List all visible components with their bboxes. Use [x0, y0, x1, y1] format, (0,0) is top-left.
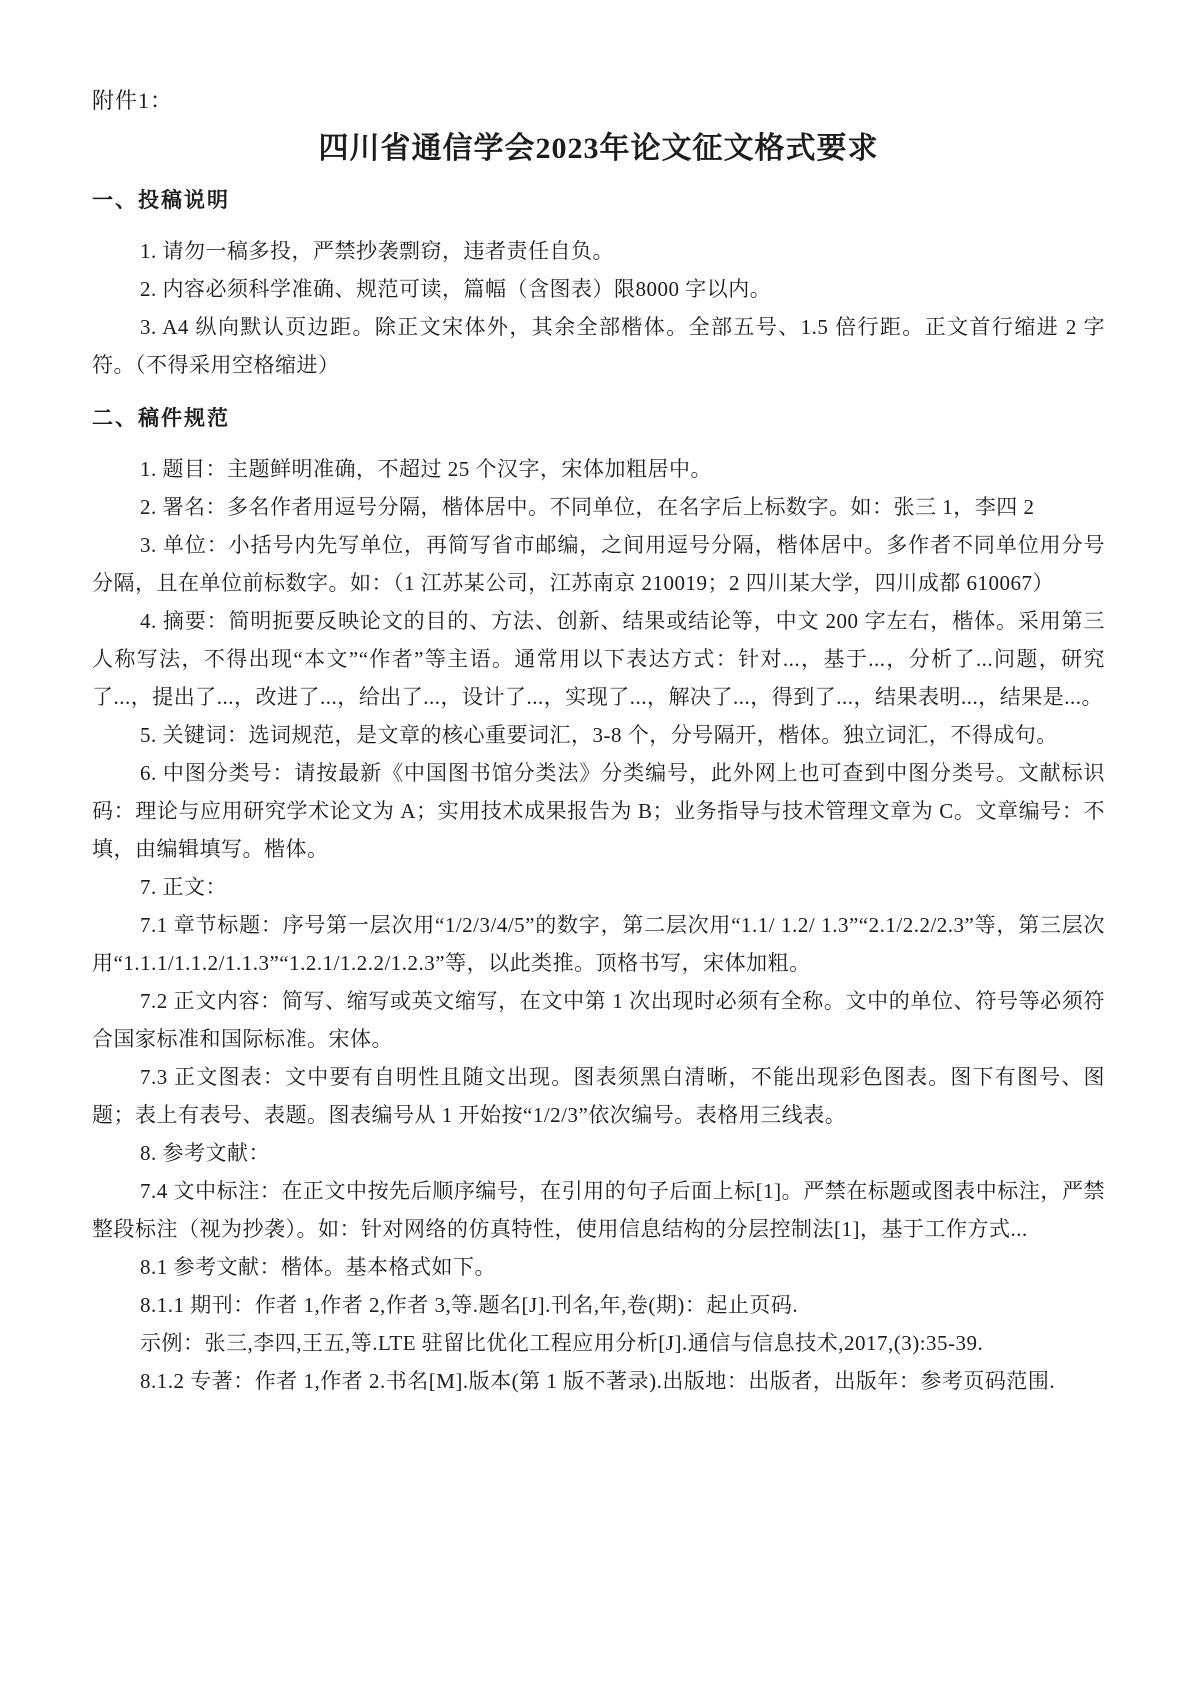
paragraph-title-rule: 1. 题目：主题鲜明准确，不超过 25 个汉字，宋体加粗居中。 [92, 450, 1105, 488]
paragraph-references-label: 8. 参考文献： [92, 1134, 1105, 1172]
paragraph-classification-number-rule: 6. 中图分类号：请按最新《中国图书馆分类法》分类编号，此外网上也可查到中图分类… [92, 754, 1105, 868]
paragraph-affiliation-rule: 3. 单位：小括号内先写单位，再简写省市邮编，之间用逗号分隔，楷体居中。多作者不… [92, 526, 1105, 602]
paragraph-journal-reference-format: 8.1.1 期刊：作者 1,作者 2,作者 3,等.题名[J].刊名,年,卷(期… [92, 1286, 1105, 1324]
paragraph-reference-format-intro: 8.1 参考文献：楷体。基本格式如下。 [92, 1248, 1105, 1286]
document-page: 附件1： 四川省通信学会2023年论文征文格式要求 一、投稿说明 1. 请勿一稿… [0, 0, 1191, 1684]
paragraph-keywords-rule: 5. 关键词：选词规范，是文章的核心重要词汇，3-8 个，分号隔开，楷体。独立词… [92, 716, 1105, 754]
paragraph-citation-rule: 7.4 文中标注：在正文中按先后顺序编号，在引用的句子后面上标[1]。严禁在标题… [92, 1172, 1105, 1248]
section-heading-submission-notes: 一、投稿说明 [92, 186, 1105, 216]
paragraph-page-format: 3. A4 纵向默认页边距。除正文宋体外，其余全部楷体。全部五号、1.5 倍行距… [92, 308, 1105, 384]
paragraph-journal-reference-example: 示例：张三,李四,王五,等.LTE 驻留比优化工程应用分析[J].通信与信息技术… [92, 1324, 1105, 1362]
section-heading-manuscript-standards: 二、稿件规范 [92, 404, 1105, 434]
paragraph-section-numbering-rule: 7.1 章节标题：序号第一层次用“1/2/3/4/5”的数字，第二层次用“1.1… [92, 906, 1105, 982]
paragraph-author-names-rule: 2. 署名：多名作者用逗号分隔，楷体居中。不同单位，在名字后上标数字。如：张三 … [92, 488, 1105, 526]
paragraph-content-length-limit: 2. 内容必须科学准确、规范可读，篇幅（含图表）限8000 字以内。 [92, 270, 1105, 308]
paragraph-abstract-rule: 4. 摘要：简明扼要反映论文的目的、方法、创新、结果或结论等，中文 200 字左… [92, 602, 1105, 716]
attachment-label: 附件1： [92, 86, 1105, 116]
document-title: 四川省通信学会2023年论文征文格式要求 [92, 128, 1105, 170]
paragraph-no-multiple-submission: 1. 请勿一稿多投，严禁抄袭剽窃，违者责任自负。 [92, 232, 1105, 270]
paragraph-body-text-label: 7. 正文： [92, 868, 1105, 906]
paragraph-monograph-reference-format: 8.1.2 专著：作者 1,作者 2.书名[M].版本(第 1 版不著录).出版… [92, 1362, 1105, 1400]
paragraph-body-content-rule: 7.2 正文内容：简写、缩写或英文缩写，在文中第 1 次出现时必须有全称。文中的… [92, 982, 1105, 1058]
paragraph-figures-tables-rule: 7.3 正文图表：文中要有自明性且随文出现。图表须黑白清晰，不能出现彩色图表。图… [92, 1058, 1105, 1134]
